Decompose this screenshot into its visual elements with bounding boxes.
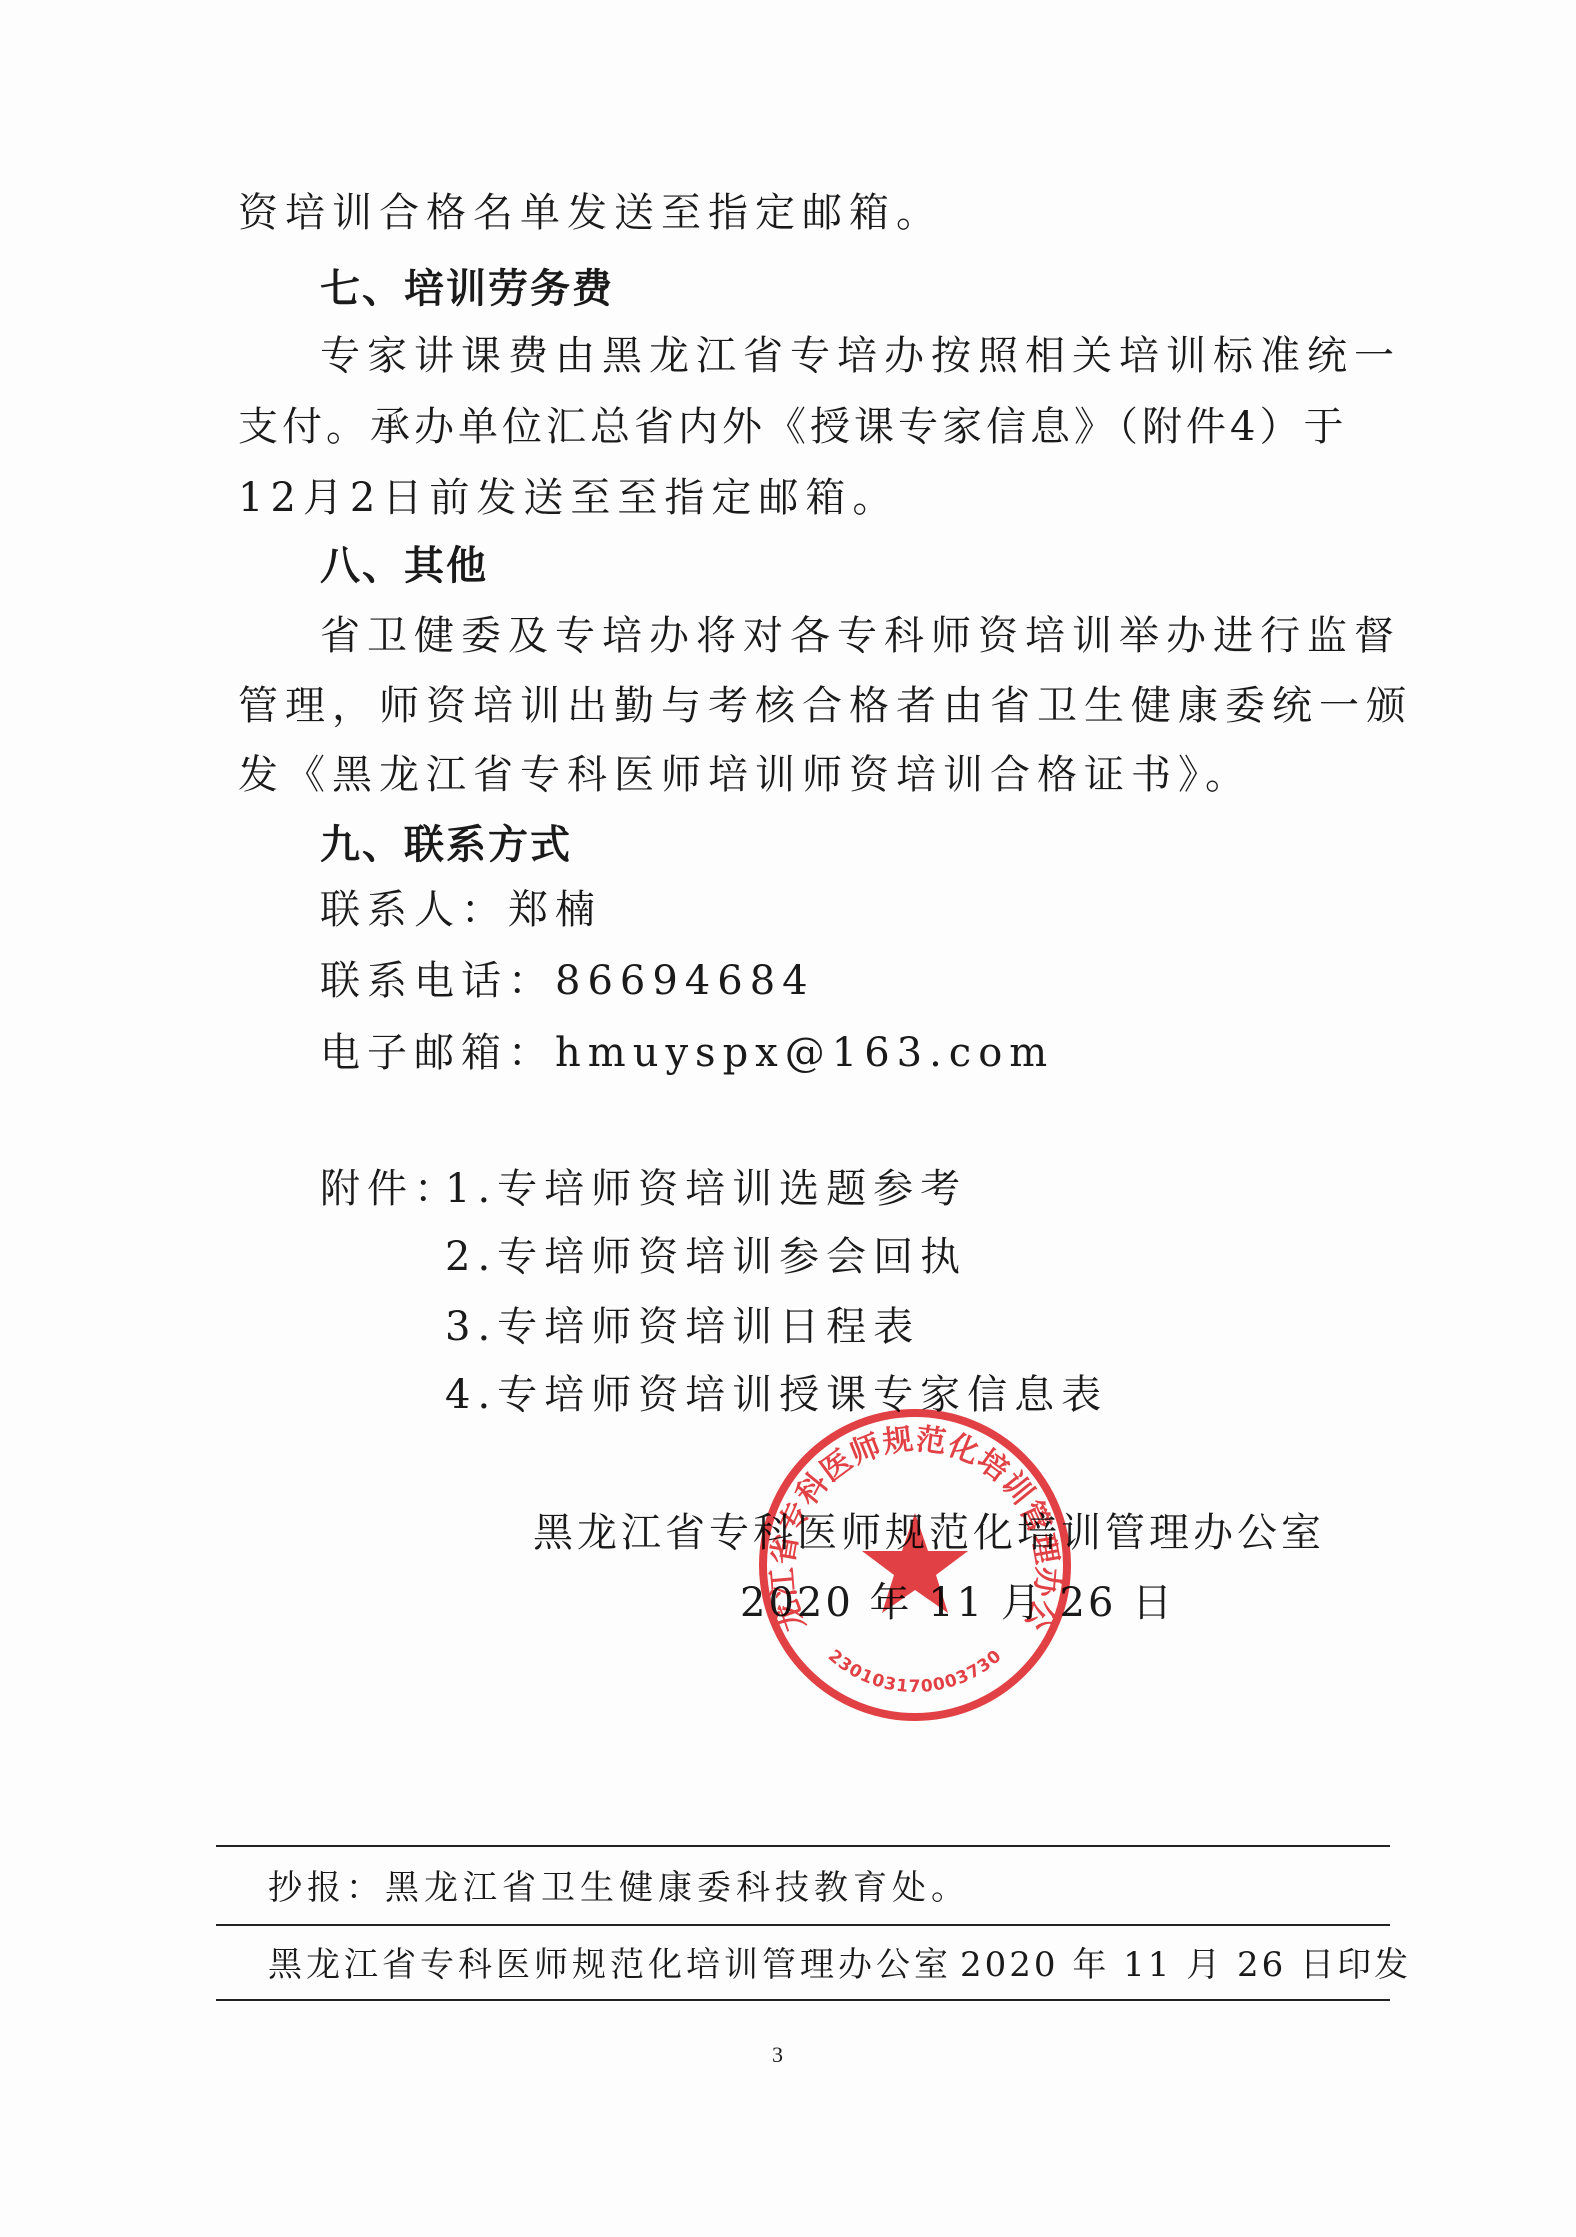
section-heading-9: 九、联系方式 [320,821,572,869]
signature-date: 2020 年 11 月 26 日 [740,1579,1175,1627]
contact-person: 联系人：郑楠 [320,886,602,934]
attachment-item: 1.专培师资培训选题参考 [445,1165,967,1213]
contact-phone: 联系电话：86694684 [320,957,815,1005]
issued-date: 2020 年 11 月 26 日印发 [960,1941,1411,1989]
issued-by: 黑龙江省专科医师规范化培训管理办公室 [268,1941,952,1989]
paragraph-line: 专家讲课费由黑龙江省专培办按照相关培训标准统一 [320,332,1401,380]
official-seal-icon: 黑龙江省专科医师规范化培训管理办公室 230103170003730 [755,1405,1075,1725]
attachments-label: 附件： [320,1165,461,1213]
paragraph-line: 省卫健委及专培办将对各专科师资培训举办进行监督 [320,612,1401,660]
section-heading-8: 八、其他 [320,542,488,590]
section-heading-7: 七、培训劳务费 [320,265,614,313]
paragraph-line: 12月2日前发送至至指定邮箱。 [238,474,899,522]
contact-email: 电子邮箱：hmuyspx@163.com [320,1029,1054,1077]
svg-text:230103170003730: 230103170003730 [824,1646,1006,1697]
paragraph-line: 支付。承办单位汇总省内外《授课专家信息》（附件4）于 [238,403,1347,451]
paragraph-line: 发《黑龙江省专科医师培训师资培训合格证书》。 [238,751,1252,799]
signature-org: 黑龙江省专科医师规范化培训管理办公室 [533,1509,1325,1557]
attachment-item: 2.专培师资培训参会回执 [445,1233,967,1281]
page-number: 3 [772,2042,783,2068]
divider-line [216,1924,1390,1926]
cc-line: 抄报：黑龙江省卫生健康委科技教育处。 [268,1864,970,1912]
attachment-item: 4.专培师资培训授课专家信息表 [445,1371,1108,1419]
attachment-item: 3.专培师资培训日程表 [445,1303,920,1351]
divider-line [216,1999,1390,2001]
divider-line [216,1845,1390,1847]
paragraph-continuation: 资培训合格名单发送至指定邮箱。 [238,189,943,237]
paragraph-line: 管理，师资培训出勤与考核合格者由省卫生健康委统一颁 [238,682,1413,730]
